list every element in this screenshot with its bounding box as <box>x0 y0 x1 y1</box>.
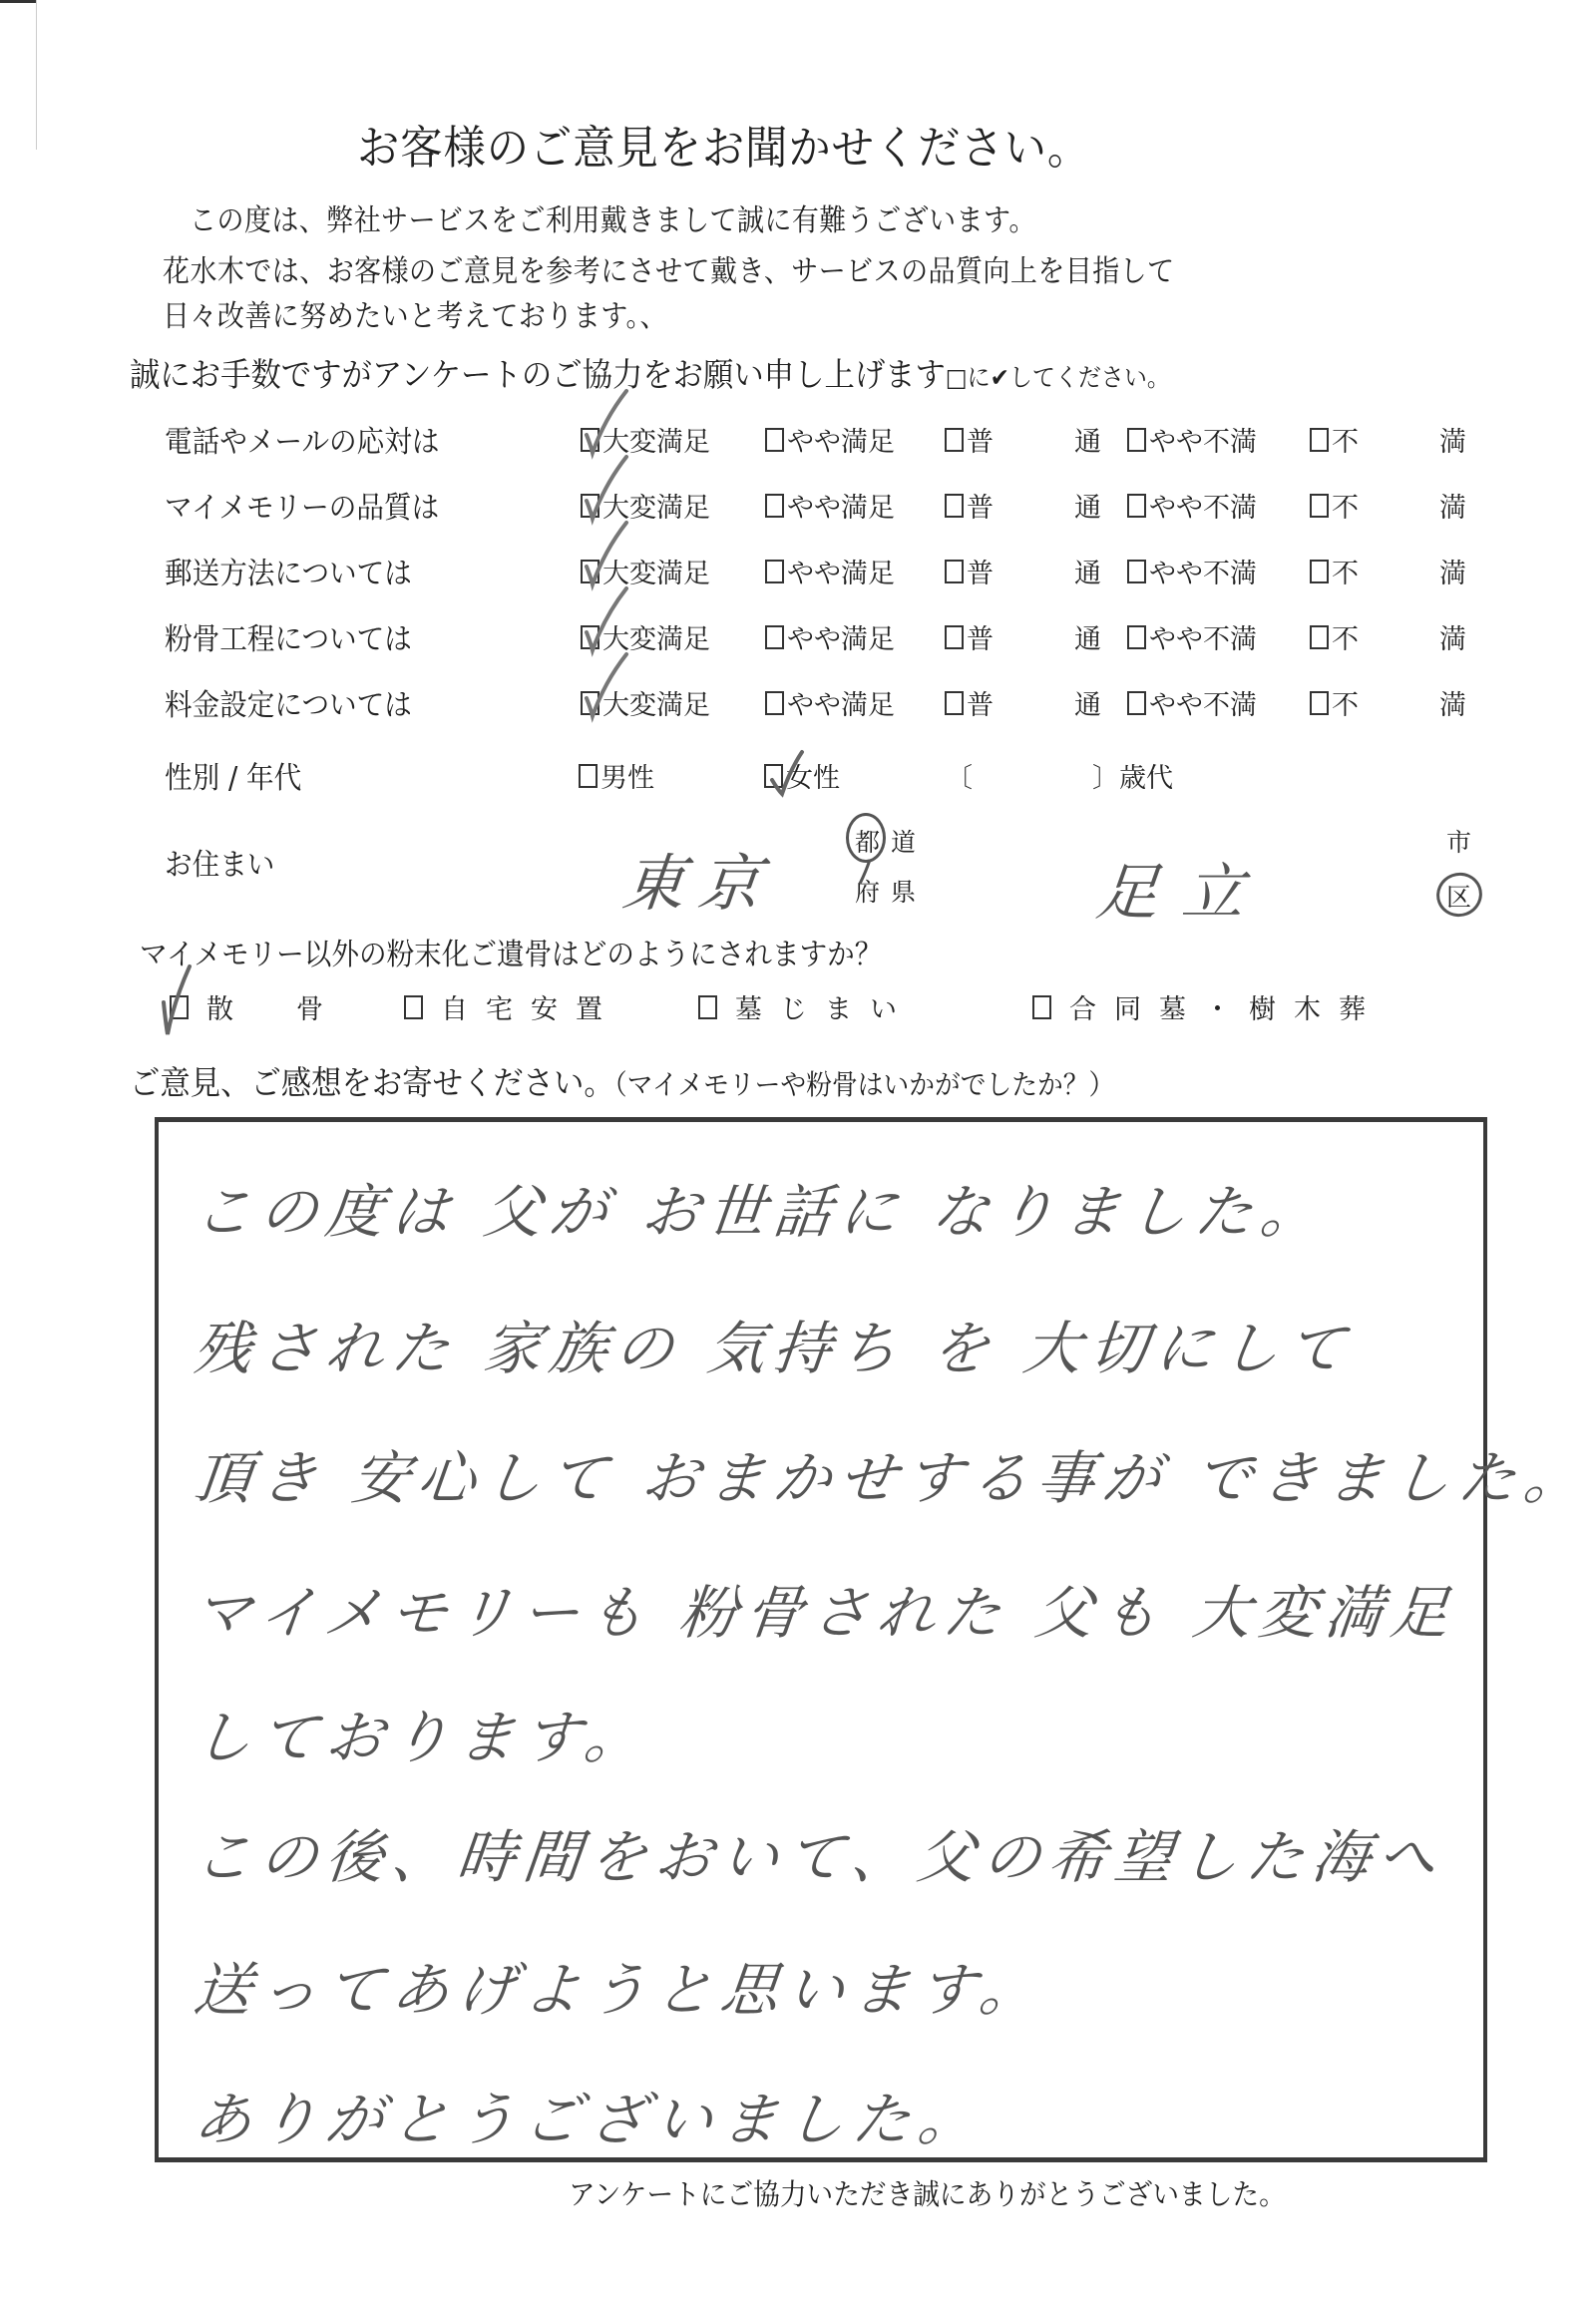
rating-checkbox[interactable] <box>765 691 784 715</box>
rating-option-label: やや不満 <box>1149 552 1257 590</box>
handwritten-line: 頂き 安心して おまかせする事が できました。 <box>191 1431 1595 1515</box>
rating-option[interactable]: 大変満足 <box>581 552 710 590</box>
circle-mark-ku-icon <box>1430 866 1488 923</box>
rating-option[interactable]: 不 満 <box>1310 486 1491 525</box>
rating-option-label: 普 通 <box>967 617 1126 656</box>
gender-male-label: 男性 <box>600 756 654 795</box>
footer-thanks: アンケートにご協力いただき誠にありがとうございました。 <box>569 2172 1286 2213</box>
rating-checkbox[interactable] <box>1310 625 1329 649</box>
pref-suffix-fu: 府 <box>855 873 880 909</box>
rating-checkbox[interactable] <box>945 625 964 649</box>
rating-checkbox[interactable] <box>765 494 784 518</box>
rating-checkbox[interactable] <box>945 494 964 518</box>
rating-checkbox[interactable] <box>945 560 964 583</box>
rating-checkbox[interactable] <box>1127 494 1146 518</box>
remains-checkbox[interactable] <box>698 995 717 1019</box>
rating-option-label: やや満足 <box>787 683 895 722</box>
pref-suffix-do: 道 <box>891 823 916 859</box>
rating-option-label: 大変満足 <box>602 420 710 459</box>
rating-checkbox[interactable] <box>765 625 784 649</box>
rating-option[interactable]: 大変満足 <box>581 683 710 722</box>
checkbox-female[interactable] <box>764 764 783 788</box>
handwritten-city[interactable]: 足立 <box>1092 843 1273 932</box>
rating-option[interactable]: 不 満 <box>1310 617 1491 656</box>
age-bracket-open: 〔 <box>946 756 973 795</box>
scan-edge-line <box>36 0 37 150</box>
rating-checkbox[interactable] <box>581 428 599 452</box>
rating-option[interactable]: やや不満 <box>1127 420 1257 459</box>
rating-checkbox[interactable] <box>1310 428 1329 452</box>
rating-option[interactable]: 不 満 <box>1310 683 1491 722</box>
remains-option[interactable]: 自宅安置 <box>404 987 620 1026</box>
rating-option[interactable]: やや満足 <box>765 552 895 590</box>
remains-option-label: 合同墓・樹木葬 <box>1069 987 1384 1026</box>
rating-option-label: 普 通 <box>967 683 1126 722</box>
circle-mark-to-icon <box>846 813 886 863</box>
intro-line-2: 花水木では、お客様のご意見を参考にさせて戴き、サービスの品質向上を目指して <box>163 246 1175 290</box>
rating-option[interactable]: やや不満 <box>1127 552 1257 590</box>
request-text: 誠にお手数ですがアンケートのご協力をお願い申し上げます <box>130 355 946 394</box>
rating-option[interactable]: 大変満足 <box>581 486 710 525</box>
rating-row-label: 粉骨工程については <box>165 614 412 658</box>
pref-suffix-ken: 県 <box>891 873 916 909</box>
gender-option-female[interactable]: 女性 <box>764 756 840 795</box>
rating-option[interactable]: やや不満 <box>1127 617 1257 656</box>
rating-option[interactable]: 不 満 <box>1310 552 1491 590</box>
rating-checkbox[interactable] <box>581 691 599 715</box>
rating-option-label: やや満足 <box>787 617 895 656</box>
handwritten-line: しております。 <box>191 1691 655 1774</box>
rating-checkbox[interactable] <box>1127 691 1146 715</box>
rating-option-label: 不 満 <box>1332 617 1491 656</box>
rating-option-label: やや不満 <box>1149 617 1257 656</box>
remains-option-label: 散 骨 <box>206 987 341 1026</box>
gender-option-male[interactable]: 男性 <box>579 756 654 795</box>
rating-option[interactable]: 普 通 <box>945 683 1126 722</box>
rating-checkbox[interactable] <box>581 560 599 583</box>
gender-age-label: 性別 / 年代 <box>165 753 301 797</box>
rating-option[interactable]: 普 通 <box>945 617 1126 656</box>
remains-option[interactable]: 墓じまい <box>698 987 915 1026</box>
page-title: お客様のご意見をお聞かせください。 <box>357 112 1090 178</box>
rating-option-label: やや不満 <box>1149 420 1257 459</box>
rating-checkbox[interactable] <box>581 625 599 649</box>
rating-option[interactable]: 普 通 <box>945 420 1126 459</box>
rating-checkbox[interactable] <box>1127 428 1146 452</box>
rating-option-label: 大変満足 <box>602 617 710 656</box>
rating-checkbox[interactable] <box>1127 625 1146 649</box>
checkbox-male[interactable] <box>579 764 598 788</box>
rating-option-label: 大変満足 <box>602 683 710 722</box>
rating-option[interactable]: 大変満足 <box>581 617 710 656</box>
remains-option-label: 墓じまい <box>735 987 915 1026</box>
rating-option-label: やや満足 <box>787 486 895 525</box>
comments-heading: ご意見、ご感想をお寄せください。（マイメモリーや粉骨はいかがでしたか？） <box>130 1057 1114 1104</box>
intro-line-3: 日々改善に努めたいと考えております。、 <box>163 291 667 335</box>
rating-option[interactable]: やや満足 <box>765 617 895 656</box>
survey-page: お客様のご意見をお聞かせください。 この度は、弊社サービスをご利用戴きまして誠に… <box>0 0 1596 2303</box>
handwritten-prefecture[interactable]: 東京 <box>618 834 779 923</box>
survey-request: 誠にお手数ですがアンケートのご協力をお願い申し上げます□に✔してください。 <box>130 349 1170 396</box>
city-suffix-shi: 市 <box>1446 823 1471 859</box>
rating-option-label: 不 満 <box>1332 486 1491 525</box>
rating-option-label: 不 満 <box>1332 683 1491 722</box>
rating-option-label: やや不満 <box>1149 683 1257 722</box>
rating-option[interactable]: 大変満足 <box>581 420 710 459</box>
rating-row-label: マイメモリーの品質は <box>165 483 439 527</box>
handwritten-line: この度は 父が お世話に なりました。 <box>191 1165 1332 1249</box>
rating-checkbox[interactable] <box>945 691 964 715</box>
rating-checkbox[interactable] <box>1127 560 1146 583</box>
rating-option-label: やや不満 <box>1149 486 1257 525</box>
rating-row-label: 電話やメールの応対は <box>165 417 439 461</box>
rating-option-label: 大変満足 <box>602 552 710 590</box>
remains-checkbox[interactable] <box>404 995 423 1019</box>
rating-option-label: 大変満足 <box>602 486 710 525</box>
remains-option-label: 自宅安置 <box>441 987 620 1026</box>
handwritten-line: 残された 家族の 気持ち を 大切にして <box>191 1302 1359 1385</box>
rating-option[interactable]: やや満足 <box>765 683 895 722</box>
handwritten-line: マイメモリーも 粉骨された 父も 大変満足 <box>191 1566 1461 1650</box>
rating-option-label: 普 通 <box>967 486 1126 525</box>
comments-heading-paren: （マイメモリーや粉骨はいかがでしたか？） <box>614 1068 1115 1101</box>
rating-checkbox[interactable] <box>945 428 964 452</box>
rating-option[interactable]: やや満足 <box>765 420 895 459</box>
other-remains-question: マイメモリー以外の粉末化ご遺骨はどのようにされますか？ <box>140 930 882 973</box>
scan-edge-mark <box>0 0 37 3</box>
rating-option[interactable]: 普 通 <box>945 486 1126 525</box>
request-hint: □に✔してください。 <box>946 363 1170 392</box>
age-bracket-close: 〕歳代 <box>1092 756 1173 795</box>
remains-checkbox[interactable] <box>170 995 189 1019</box>
rating-checkbox[interactable] <box>1310 560 1329 583</box>
rating-option-label: やや満足 <box>787 552 895 590</box>
rating-row-label: 料金設定については <box>165 680 412 724</box>
residence-label: お住まい <box>165 840 274 884</box>
rating-option[interactable]: 不 満 <box>1310 420 1491 459</box>
comments-heading-text: ご意見、ご感想をお寄せください。 <box>130 1063 614 1102</box>
rating-option-label: 不 満 <box>1332 552 1491 590</box>
gender-female-label: 女性 <box>786 756 840 795</box>
rating-option-label: 普 通 <box>967 552 1126 590</box>
rating-checkbox[interactable] <box>765 560 784 583</box>
rating-option-label: 不 満 <box>1332 420 1491 459</box>
rating-option[interactable]: やや不満 <box>1127 683 1257 722</box>
rating-checkbox[interactable] <box>1310 494 1329 518</box>
rating-option-label: やや満足 <box>787 420 895 459</box>
rating-option-label: 普 通 <box>967 420 1126 459</box>
remains-checkbox[interactable] <box>1032 995 1051 1019</box>
handwritten-line: この後、時間をおいて、父の希望した海へ <box>191 1810 1449 1894</box>
handwritten-line: ありがとうございました。 <box>191 2073 990 2156</box>
rating-checkbox[interactable] <box>581 494 599 518</box>
rating-checkbox[interactable] <box>1310 691 1329 715</box>
rating-checkbox[interactable] <box>765 428 784 452</box>
handwritten-line: 送ってあげようと思います。 <box>191 1943 1050 2027</box>
remains-option[interactable]: 散 骨 <box>170 987 341 1026</box>
rating-row-label: 郵送方法については <box>165 549 412 592</box>
remains-option[interactable]: 合同墓・樹木葬 <box>1032 987 1384 1026</box>
intro-line-1: この度は、弊社サービスをご利用戴きまして誠に有難うございます。 <box>190 195 1036 239</box>
rating-option[interactable]: 普 通 <box>945 552 1126 590</box>
rating-option[interactable]: やや不満 <box>1127 486 1257 525</box>
rating-option[interactable]: やや満足 <box>765 486 895 525</box>
